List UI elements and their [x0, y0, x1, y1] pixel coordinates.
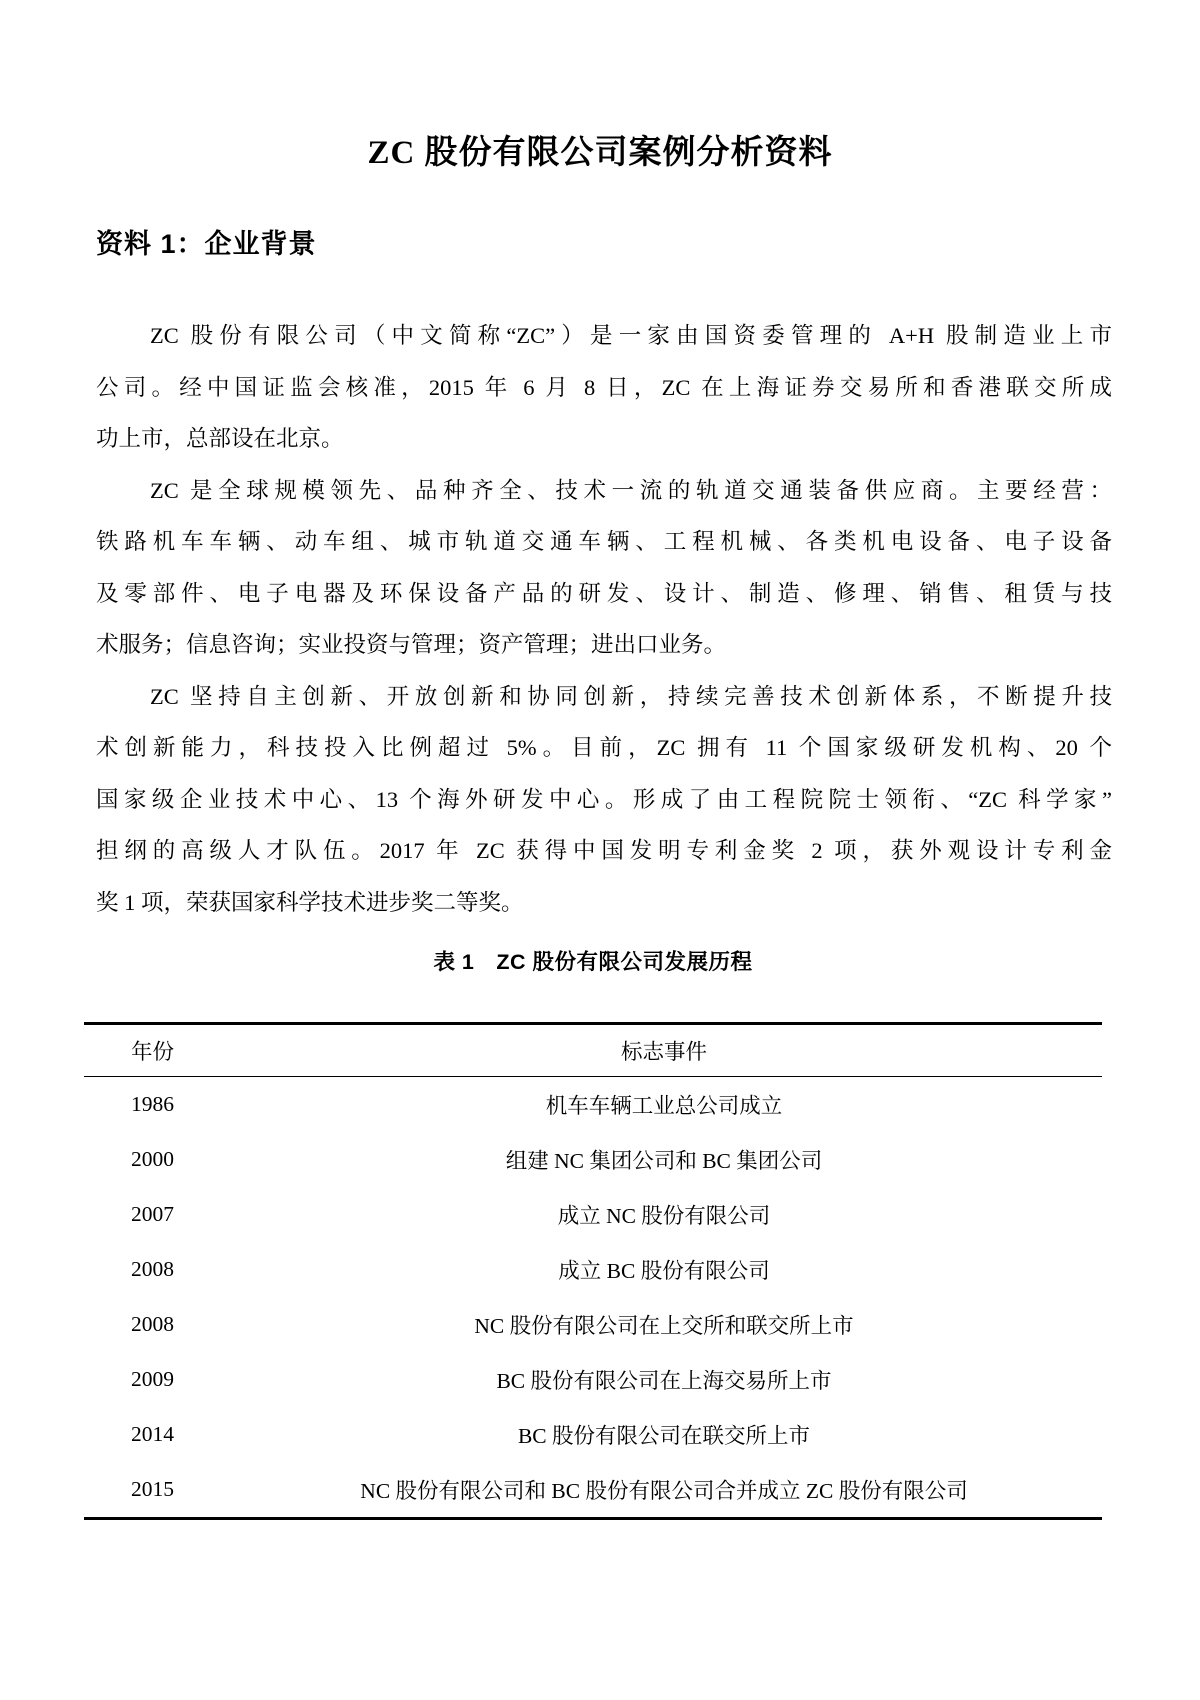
- body-line: ZC 股份有限公司（中文简称“ZC”）是一家由国资委管理的 A+H 股制造业上市: [96, 310, 1112, 362]
- body-line: 术服务；信息咨询；实业投资与管理；资产管理；进出口业务。: [96, 619, 1112, 671]
- table-header-row: 年份 标志事件: [84, 1025, 1102, 1077]
- row-event: 成立 BC 股份有限公司: [226, 1254, 1102, 1285]
- table-row: 2015NC 股份有限公司和 BC 股份有限公司合并成立 ZC 股份有限公司: [84, 1462, 1102, 1517]
- row-event: 成立 NC 股份有限公司: [226, 1199, 1102, 1230]
- document-title: ZC 股份有限公司案例分析资料: [0, 126, 1200, 173]
- row-year: 2015: [84, 1477, 226, 1502]
- body-line: 担纲的高级人才队伍。2017 年 ZC 获得中国发明专利金奖 2 项，获外观设计…: [96, 825, 1112, 877]
- body-line: 铁路机车车辆、动车组、城市轨道交通车辆、工程机械、各类机电设备、电子设备: [96, 516, 1112, 568]
- body-line: 术创新能力，科技投入比例超过 5%。目前，ZC 拥有 11 个国家级研发机构、2…: [96, 722, 1112, 774]
- table-caption: 表 1 ZC 股份有限公司发展历程: [84, 945, 1102, 976]
- paragraph: ZC 是全球规模领先、品种齐全、技术一流的轨道交通装备供应商。主要经营：铁路机车…: [96, 465, 1112, 671]
- history-table: 年份 标志事件 1986机车车辆工业总公司成立2000组建 NC 集团公司和 B…: [84, 1022, 1102, 1520]
- row-event: NC 股份有限公司和 BC 股份有限公司合并成立 ZC 股份有限公司: [226, 1474, 1102, 1505]
- body-line: ZC 坚持自主创新、开放创新和协同创新，持续完善技术创新体系，不断提升技: [96, 671, 1112, 723]
- row-event: 机车车辆工业总公司成立: [226, 1089, 1102, 1120]
- body-line: 及零部件、电子电器及环保设备产品的研发、设计、制造、修理、销售、租赁与技: [96, 568, 1112, 620]
- row-event: BC 股份有限公司在联交所上市: [226, 1419, 1102, 1450]
- row-year: 2008: [84, 1312, 226, 1337]
- row-event: NC 股份有限公司在上交所和联交所上市: [226, 1309, 1102, 1340]
- paragraph: ZC 股份有限公司（中文简称“ZC”）是一家由国资委管理的 A+H 股制造业上市…: [96, 310, 1112, 465]
- section-heading: 资料 1：企业背景: [96, 222, 317, 261]
- row-event: 组建 NC 集团公司和 BC 集团公司: [226, 1144, 1102, 1175]
- table-row: 1986机车车辆工业总公司成立: [84, 1077, 1102, 1132]
- row-year: 1986: [84, 1092, 226, 1117]
- body-text: ZC 股份有限公司（中文简称“ZC”）是一家由国资委管理的 A+H 股制造业上市…: [96, 310, 1112, 928]
- row-event: BC 股份有限公司在上海交易所上市: [226, 1364, 1102, 1395]
- row-year: 2009: [84, 1367, 226, 1392]
- body-line: 国家级企业技术中心、13 个海外研发中心。形成了由工程院院士领衔、“ZC 科学家…: [96, 774, 1112, 826]
- body-line: ZC 是全球规模领先、品种齐全、技术一流的轨道交通装备供应商。主要经营：: [96, 465, 1112, 517]
- paragraph: ZC 坚持自主创新、开放创新和协同创新，持续完善技术创新体系，不断提升技术创新能…: [96, 671, 1112, 929]
- body-line: 功上市，总部设在北京。: [96, 413, 1112, 465]
- table-row: 2014BC 股份有限公司在联交所上市: [84, 1407, 1102, 1462]
- body-line: 公司。经中国证监会核准，2015 年 6 月 8 日，ZC 在上海证券交易所和香…: [96, 362, 1112, 414]
- row-year: 2000: [84, 1147, 226, 1172]
- table-header-year: 年份: [84, 1035, 226, 1066]
- table-row: 2008NC 股份有限公司在上交所和联交所上市: [84, 1297, 1102, 1352]
- table-row: 2009BC 股份有限公司在上海交易所上市: [84, 1352, 1102, 1407]
- row-year: 2014: [84, 1422, 226, 1447]
- table-row: 2000组建 NC 集团公司和 BC 集团公司: [84, 1132, 1102, 1187]
- row-year: 2008: [84, 1257, 226, 1282]
- body-line: 奖 1 项，荣获国家科学技术进步奖二等奖。: [96, 877, 1112, 929]
- document-page: ZC 股份有限公司案例分析资料 资料 1：企业背景 ZC 股份有限公司（中文简称…: [0, 0, 1200, 1700]
- table-header-event: 标志事件: [226, 1035, 1102, 1066]
- table-body: 1986机车车辆工业总公司成立2000组建 NC 集团公司和 BC 集团公司20…: [84, 1077, 1102, 1517]
- table-row: 2007成立 NC 股份有限公司: [84, 1187, 1102, 1242]
- table-row: 2008成立 BC 股份有限公司: [84, 1242, 1102, 1297]
- row-year: 2007: [84, 1202, 226, 1227]
